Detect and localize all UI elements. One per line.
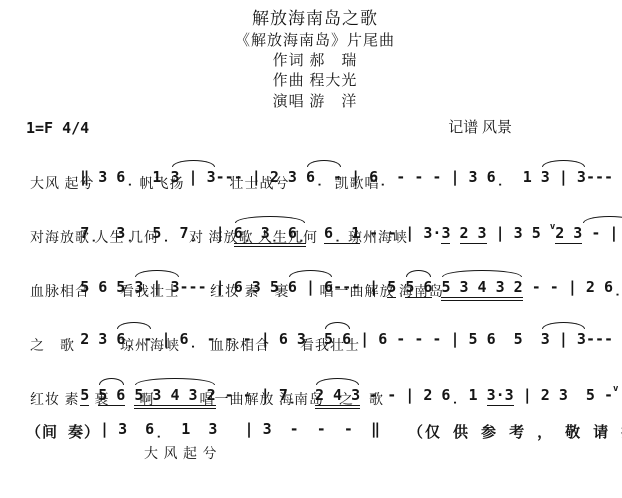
note-group: --- | 2 3: [216, 168, 306, 186]
note-group: 5: [80, 386, 89, 406]
score-line-4: 2 3 6̣ - | 6̣ - - - | 6 3 5 6 | 6 - - - …: [26, 312, 604, 353]
note-group: [306, 224, 324, 242]
meta-row: 1=F 4/4 记谱 风景: [26, 116, 604, 137]
credit-lyricist: 作词 郝 瑞: [26, 51, 604, 71]
note-group: [432, 278, 441, 296]
note-group: 5: [387, 278, 396, 298]
note-group-slur: 3 | 3: [541, 168, 586, 186]
note-group-slur: - | 3: [582, 224, 622, 242]
score-line-2: 7̣ 3̣ 5̣ 7̣ | 6̣ 3̣ 6̣ 6̣ 1 - - | 3·3 2 …: [26, 204, 604, 245]
note-group: ‖ 3 6̣ 1: [80, 168, 170, 186]
note-group: - - | 2 6̣ 1: [360, 386, 486, 404]
note-group: | 3 6̣ 1 3 | 3 - - - ‖: [100, 420, 380, 438]
transcriber-credit: 记谱 风景: [448, 116, 512, 137]
notes-row: （间 奏）| 3 6̣ 1 3 | 3 - - - ‖（仅 供 参 考 ， 敬 …: [26, 420, 604, 440]
note-group-slur: 5 6: [98, 386, 125, 406]
note-group-slur: 5 3 4 3 2: [134, 386, 215, 409]
remark-note: （仅 供 参 考 ， 敬 请 指 正）: [408, 420, 622, 442]
note-group: --- |: [333, 278, 387, 296]
notes-row: 7̣ 3̣ 5̣ 7̣ | 6̣ 3̣ 6̣ 6̣ 1 - - | 3·3 2 …: [26, 204, 604, 224]
note-group: | 6 - - - | 5 6 5: [351, 330, 541, 348]
note-group: 6̣ 1: [324, 224, 360, 244]
notes-row: 2 3 6̣ - | 6̣ - - - | 6 3 5 6 | 6 - - - …: [26, 312, 604, 332]
note-group: 2 3: [80, 330, 116, 348]
note-group: --- | 2 1: [586, 168, 622, 186]
note-group: | 6̣ - - - | 3 6̣ 1: [342, 168, 541, 186]
key-signature: 1=F 4/4: [26, 119, 89, 137]
note-group-slur: 5 6: [324, 330, 351, 348]
note-group: 2 3: [460, 224, 487, 244]
note-group: | 3 5: [487, 224, 550, 242]
credit-composer: 作曲 程大光: [26, 71, 604, 91]
note-group: - - | 2 6̣ 1: [523, 278, 622, 296]
score-line-6: （间 奏）| 3 6̣ 1 3 | 3 - - - ‖（仅 供 参 考 ， 敬 …: [26, 420, 604, 461]
note-group: 5 6 5: [80, 278, 134, 296]
note-group: [89, 386, 98, 404]
note-group-slur: 3 | 3: [134, 278, 179, 296]
lyrics-row: 大 风 起 兮: [26, 443, 604, 461]
song-subtitle: 《解放海南岛》片尾曲: [26, 31, 604, 51]
score-line-3: 5 6 5 3 | 3--- | 6 3 5 6 | 6--- | 5 5 6 …: [26, 258, 604, 299]
note-group-slur: 3 | 3: [541, 330, 586, 348]
note-group-slur: 2 4 3: [315, 386, 360, 409]
notes-row: ‖ 3 6̣ 1 3 | 3--- | 2 3 6̣ - | 6̣ - - - …: [26, 150, 604, 170]
note-group: [125, 386, 134, 404]
note-group: - - | 7̣: [216, 386, 315, 404]
note-group-slur: 3 | 3: [171, 168, 216, 186]
notes-row: 5 6 5 3 | 3--- | 6 3 5 6 | 6--- | 5 5 6 …: [26, 258, 604, 278]
note-group: --- | 6 3 5: [586, 330, 622, 348]
score-line-1: ‖ 3 6̣ 1 3 | 3--- | 2 3 6̣ - | 6̣ - - - …: [26, 150, 604, 191]
note-group-slur: 6̣ -: [116, 330, 152, 348]
song-sheet: 解放海南岛之歌 《解放海南岛》片尾曲 作词 郝 瑞 作曲 程大光 演唱 游 洋 …: [0, 0, 622, 461]
note-group-slur: 6̣ 3̣ 6̣: [234, 224, 306, 247]
note-group-slur: 6 | 6: [288, 278, 333, 296]
note-group-slur: 5 3 4 3 2: [441, 278, 522, 301]
sheet-header: 解放海南岛之歌 《解放海南岛》片尾曲 作词 郝 瑞 作曲 程大光 演唱 游 洋: [26, 8, 604, 112]
note-group: - - | 3·: [360, 224, 441, 242]
score-line-5: 5 5 6 5 3 4 3 2 - - | 7̣ 2 4 3 - - | 2 6…: [26, 366, 604, 407]
note-group: | 3: [618, 386, 622, 404]
song-title: 解放海南岛之歌: [26, 8, 604, 31]
note-group: [396, 278, 405, 296]
note-group: 7̣ 3̣ 5̣ 7̣ |: [80, 224, 234, 242]
notes-row: 5 5 6 5 3 4 3 2 - - | 7̣ 2 4 3 - - | 2 6…: [26, 366, 604, 386]
note-group: | 6̣ - - - | 6 3: [152, 330, 324, 348]
note-group: --- | 6 3 5: [180, 278, 288, 296]
note-group-slur: 6̣ -: [306, 168, 342, 186]
note-group: 3·3: [487, 386, 514, 406]
interlude-label: （间 奏）: [26, 420, 100, 442]
credit-singer: 演唱 游 洋: [26, 92, 604, 112]
note-group: 3: [441, 224, 450, 244]
note-group: 2 3: [555, 224, 582, 244]
note-group-slur: 5 6: [405, 278, 432, 298]
note-group: [450, 224, 459, 242]
note-group: | 2 3 5 -: [514, 386, 613, 404]
